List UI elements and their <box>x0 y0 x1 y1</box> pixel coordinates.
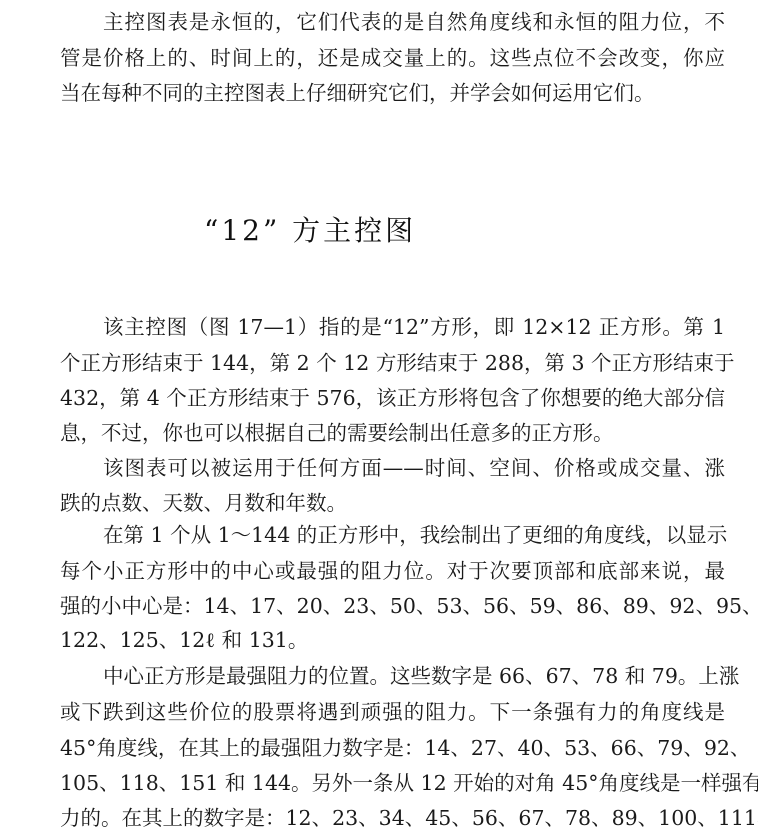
paragraph-1-line-2: 个正方形结束于 144，第 2 个 12 方形结束于 288，第 3 个正方形结… <box>60 348 725 378</box>
paragraph-4-line-5: 力的。在其上的数字是：12、23、34、45、56、67、78、89、100、1… <box>60 803 725 832</box>
paragraph-1-line-1: 该主控图（图 17—1）指的是“12”方形，即 12×12 正方形。第 1 <box>103 312 725 342</box>
intro-line-2: 管是价格上的、时间上的，还是成交量上的。这些点位不会改变，你应 <box>60 43 725 73</box>
paragraph-4-line-2: 或下跌到这些价位的股票将遇到顽强的阻力。下一条强有力的角度线是 <box>60 697 725 727</box>
intro-line-3: 当在每种不同的主控图表上仔细研究它们，并学会如何运用它们。 <box>60 78 725 108</box>
paragraph-3-line-1: 在第 1 个从 1～144 的正方形中，我绘制出了更细的角度线，以显示 <box>103 520 725 550</box>
section-heading: “12” 方主控图 <box>204 212 416 250</box>
paragraph-3-line-3: 强的小中心是：14、17、20、23、50、53、56、59、86、89、92、… <box>60 591 725 621</box>
paragraph-2-line-2: 跌的点数、天数、月数和年数。 <box>60 488 725 518</box>
paragraph-1-line-3: 432，第 4 个正方形结束于 576，该正方形将包含了你想要的绝大部分信 <box>60 383 725 413</box>
paragraph-4-line-4: 105、118、151 和 144。另外一条从 12 开始的对角 45°角度线是… <box>60 768 725 798</box>
paragraph-2-line-1: 该图表可以被运用于任何方面——时间、空间、价格或成交量、涨 <box>103 453 725 483</box>
paragraph-3-line-2: 每个小正方形中的中心或最强的阻力位。对于次要顶部和底部来说，最 <box>60 556 725 586</box>
paragraph-3-line-4: 122、125、12ℓ 和 131。 <box>60 625 725 655</box>
paragraph-4-line-1: 中心正方形是最强阻力的位置。这些数字是 66、67、78 和 79。上涨 <box>103 661 725 691</box>
document-page: 主控图表是永恒的，它们代表的是自然角度线和永恒的阻力位，不 管是价格上的、时间上… <box>0 0 758 832</box>
paragraph-4-line-3: 45°角度线，在其上的最强阻力数字是：14、27、40、53、66、79、92、 <box>60 733 725 763</box>
paragraph-1-line-4: 息，不过，你也可以根据自己的需要绘制出任意多的正方形。 <box>60 418 725 448</box>
intro-line-1: 主控图表是永恒的，它们代表的是自然角度线和永恒的阻力位，不 <box>103 7 725 37</box>
